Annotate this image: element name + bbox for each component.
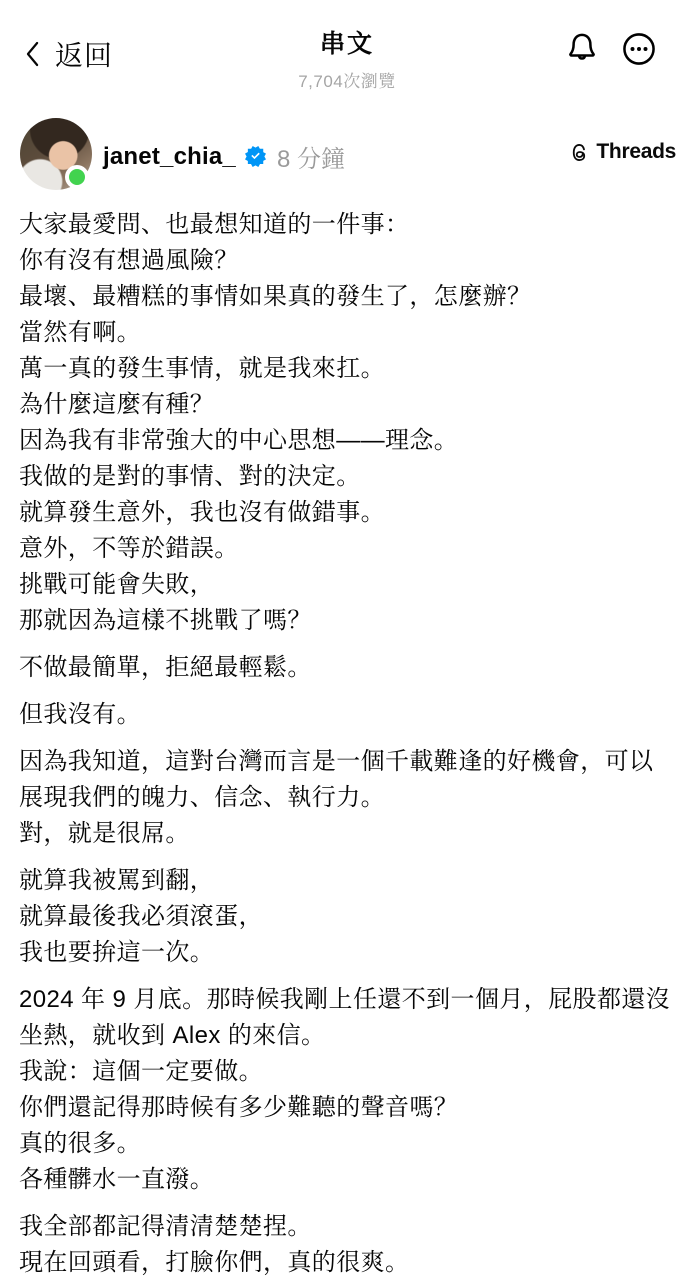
- bell-icon: [563, 56, 601, 71]
- online-status-dot: [65, 165, 89, 189]
- username[interactable]: janet_chia_: [103, 143, 236, 171]
- verified-badge-icon: [245, 146, 266, 167]
- post-header: janet_chia_ 8 分鐘 Threads: [0, 110, 694, 202]
- post-body: 大家最愛問、也最想知道的一件事： 你有沒有想過風險？ 最壞、最糟糕的事情如果真的…: [0, 200, 694, 1280]
- post-paragraph: 不做最簡單，拒絕最輕鬆。: [19, 650, 675, 686]
- title-block: 串文 7,704次瀏覽: [120, 24, 574, 92]
- post-paragraph: 2024 年 9 月底。那時候我剛上任還不到一個月，屁股都還沒坐熱，就收到 Al…: [19, 982, 675, 1198]
- notifications-button[interactable]: [563, 30, 601, 68]
- post-paragraph: 因為我知道，這對台灣而言是一個千載難逢的好機會，可以展現我們的魄力、信念、執行力…: [19, 744, 675, 852]
- post-paragraph: 我全部都記得清清楚楚捏。 現在回頭看，打臉你們，真的很爽。: [19, 1209, 675, 1280]
- name-row: janet_chia_ 8 分鐘: [103, 139, 345, 174]
- back-button[interactable]: 返回: [22, 34, 113, 74]
- threads-brand-link[interactable]: Threads: [568, 140, 676, 164]
- page-title: 串文: [120, 24, 574, 60]
- post-timestamp: 8 分鐘: [277, 139, 345, 174]
- ellipsis-circle-icon: [620, 56, 658, 71]
- threads-logo-icon: [568, 141, 591, 164]
- more-options-button[interactable]: [620, 30, 658, 68]
- chevron-left-icon: [22, 39, 44, 69]
- post-paragraph: 大家最愛問、也最想知道的一件事： 你有沒有想過風險？ 最壞、最糟糕的事情如果真的…: [19, 207, 675, 639]
- top-nav-bar: 返回 串文 7,704次瀏覽: [0, 0, 694, 110]
- views-count: 7,704次瀏覽: [120, 67, 574, 92]
- post-paragraph: 就算我被罵到翻， 就算最後我必須滾蛋， 我也要拚這一次。: [19, 863, 675, 971]
- avatar[interactable]: [20, 118, 92, 190]
- post-paragraph: 但我沒有。: [19, 697, 675, 733]
- thread-detail-page: 返回 串文 7,704次瀏覽: [0, 0, 694, 1280]
- back-label: 返回: [55, 34, 113, 74]
- brand-label: Threads: [596, 140, 676, 164]
